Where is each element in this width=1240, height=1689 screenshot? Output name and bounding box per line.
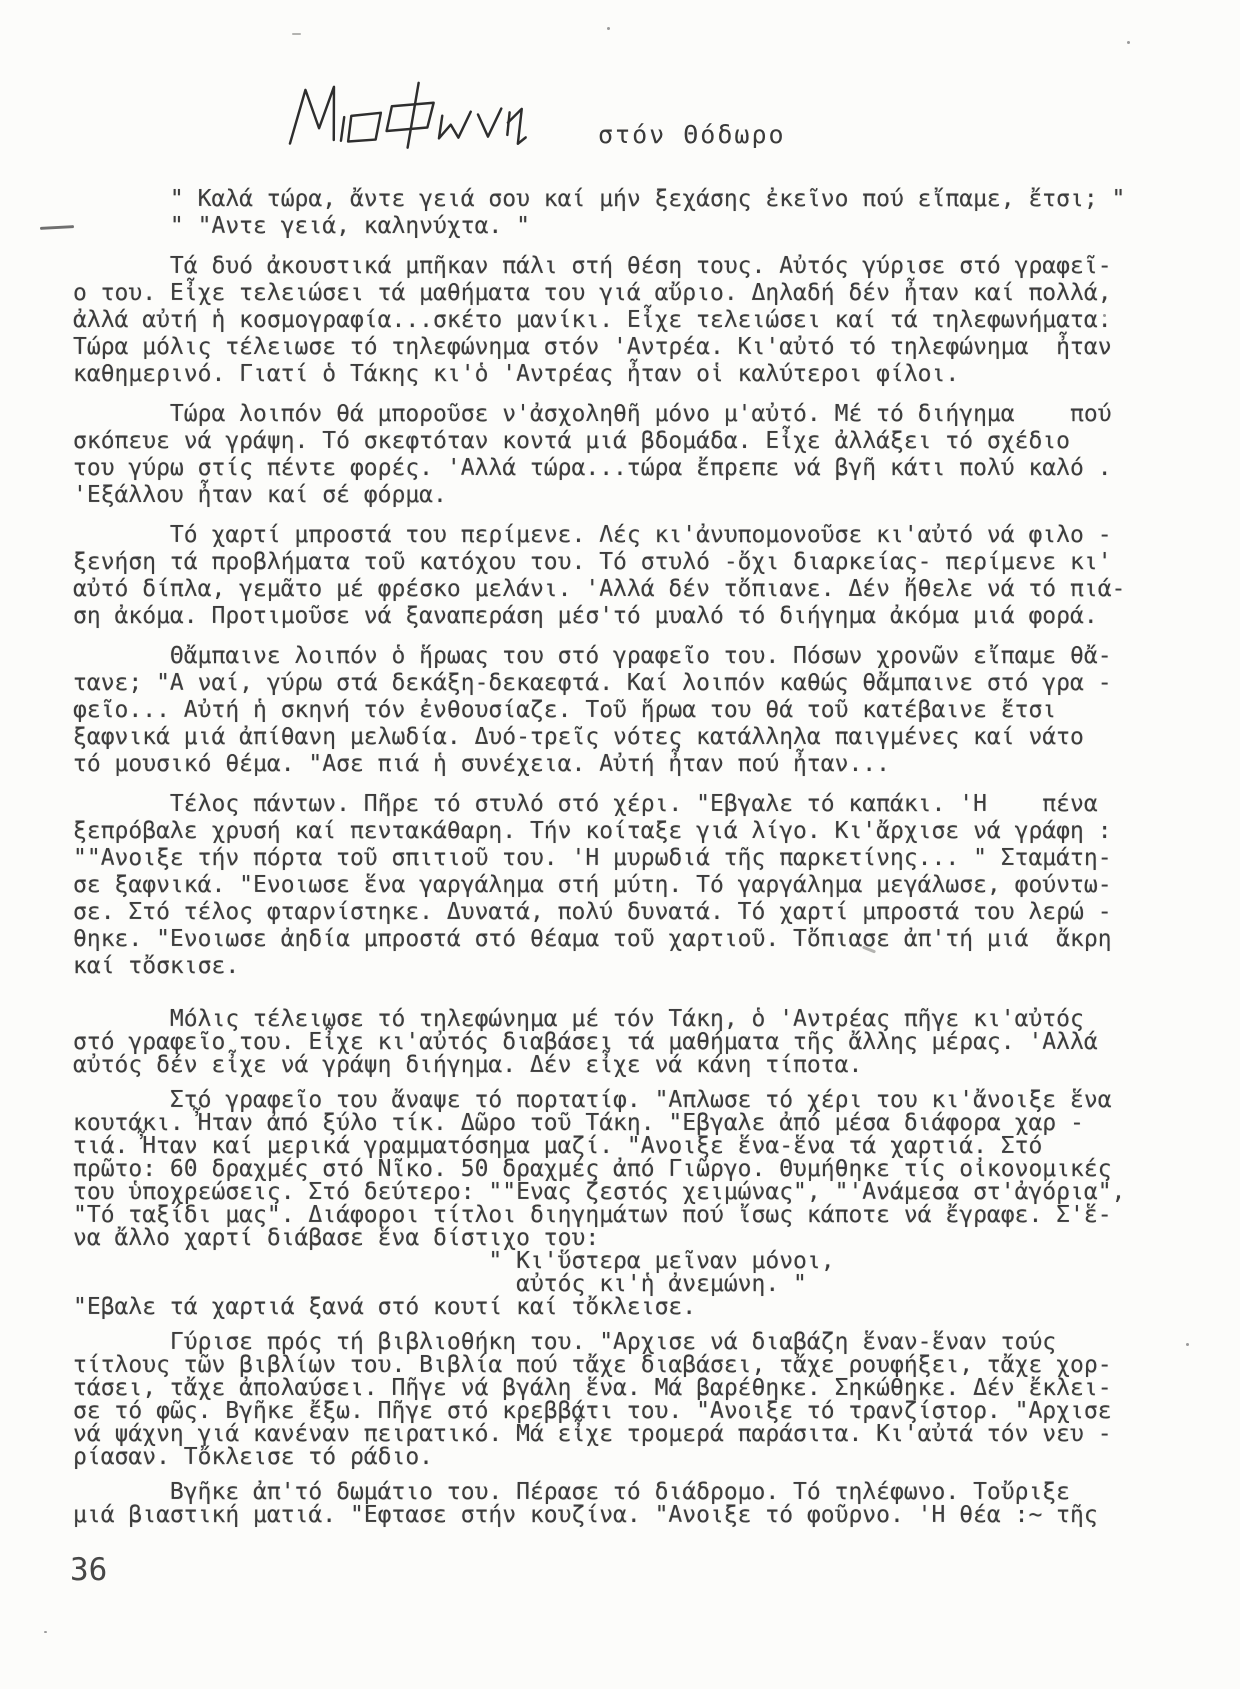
page-number: 36 (70, 1552, 107, 1588)
handwritten-title-text: Μια Φωνή (0, 0, 1, 1)
paper-speck (292, 33, 301, 35)
handwritten-title (285, 76, 527, 156)
section-andreas: Μόλις τέλειωσε τό τηλεφώνημα μέ τόν Τάκη… (73, 1008, 1125, 1527)
paper-speck (607, 27, 610, 30)
paper-speck (1127, 41, 1130, 44)
margin-mark (40, 225, 74, 230)
paper-speck (1103, 314, 1106, 317)
story-text: " Καλά τώρα, ἄντε γειά σου καί μήν ξεχάσ… (73, 186, 1125, 1539)
paragraph: Γύρισε πρός τή βιβλιοθήκη του. "Αρχισε ν… (73, 1331, 1125, 1469)
paragraph: Βγῆκε ἀπ'τό δωμάτιο του. Πέρασε τό διάδρ… (73, 1481, 1125, 1527)
paragraph: Τά δυό ἀκουστικά μπῆκαν πάλι στή θέση το… (73, 253, 1125, 388)
dialogue-block: " Καλά τώρα, ἄντε γειά σου καί μήν ξεχάσ… (73, 186, 1125, 240)
paragraph: Θἄμπαινε λοιπόν ὁ ἥρωας του στό γραφεῖο … (73, 643, 1125, 778)
paper-speck (1186, 1343, 1189, 1346)
paragraph: Τό χαρτί μπροστά του περίμενε. Λές κι'ἀν… (73, 522, 1125, 630)
paragraph-with-couplet: Στό γραφεῖο του ἄναψε τό πορτατίφ. "Απλω… (73, 1089, 1125, 1319)
paragraph: Μόλις τέλειωσε τό τηλεφώνημα μέ τόν Τάκη… (73, 1008, 1125, 1077)
paragraph: Τώρα λοιπόν θά μποροῦσε ν'ἀσχοληθῆ μόνο … (73, 401, 1125, 509)
paper-speck (44, 1631, 47, 1633)
dedication: στόν Θόδωρο (598, 120, 786, 149)
paragraph: Τέλος πάντων. Πῆρε τό στυλό στό χέρι. "Ε… (73, 791, 1125, 980)
section-takis: " Καλά τώρα, ἄντε γειά σου καί μήν ξεχάσ… (73, 186, 1125, 980)
document-page: Μια Φωνή στόν Θόδωρο " Καλά τώρα, ἄντε γ… (0, 0, 1240, 1689)
